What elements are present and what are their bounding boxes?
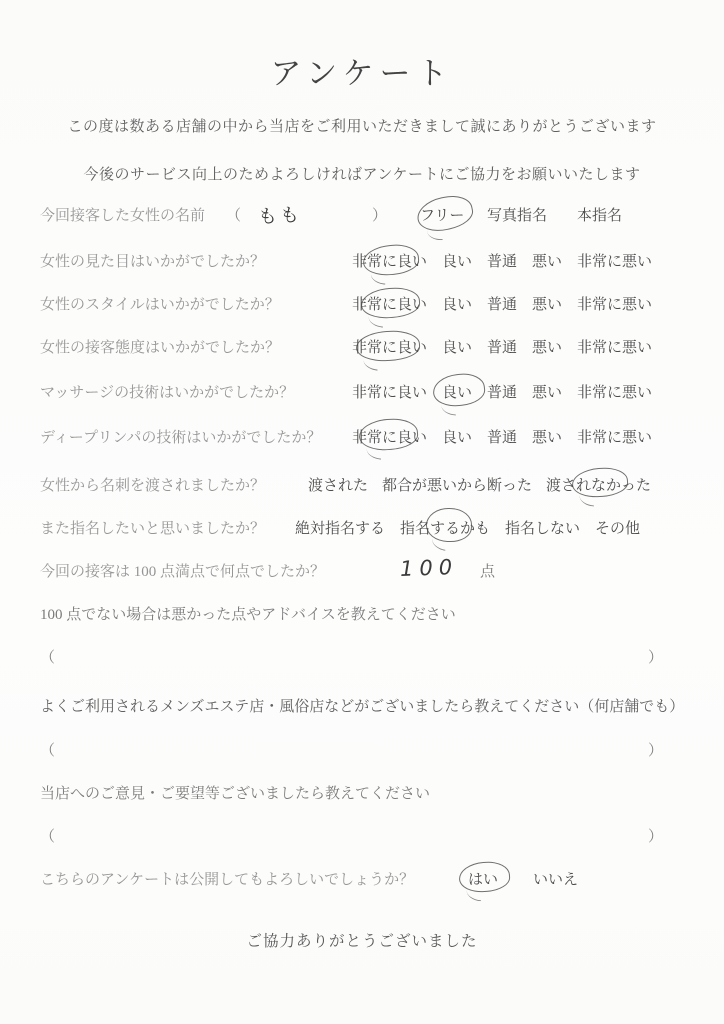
advice-close-paren: ） bbox=[648, 646, 663, 667]
shops-question-label: よくご利用されるメンズエステ店・風俗店などがございましたら教えてください（何店舗… bbox=[40, 695, 684, 716]
card-option-not-received: 渡されなかった bbox=[546, 474, 651, 495]
rating-option-normal: 普通 bbox=[487, 293, 517, 314]
rating-option-good: 良い bbox=[442, 381, 472, 402]
repeat-option-other: その他 bbox=[595, 517, 640, 538]
rating-option-bad: 悪い bbox=[532, 336, 562, 357]
rating-option-bad: 悪い bbox=[532, 250, 562, 271]
repeat-question-label: また指名したいと思いましたか？ bbox=[40, 517, 265, 538]
intro-line-1: この度は数ある店舗の中から当店をご利用いただきまして誠にありがとうございます bbox=[0, 115, 724, 136]
shops-question-row: よくご利用されるメンズエステ店・風俗店などがございましたら教えてください（何店舗… bbox=[0, 695, 724, 719]
advice-question-label: 100 点でない場合は悪かった点やアドバイスを教えてください bbox=[40, 603, 456, 624]
rating-label-looks: 女性の見た目はいかがでしたか？ bbox=[40, 250, 265, 271]
opinion-open-paren: （ bbox=[40, 825, 55, 846]
publish-option-no: いいえ bbox=[533, 868, 578, 889]
score-question-row: 今回の接客は 100 点満点で何点でしたか？ 100 点 bbox=[0, 560, 724, 584]
repeat-option-definitely: 絶対指名する bbox=[295, 517, 385, 538]
shops-open-paren: （ bbox=[40, 739, 55, 760]
card-option-declined: 都合が悪いから断った bbox=[382, 474, 532, 495]
rating-option-good: 良い bbox=[442, 426, 472, 447]
rating-option-very-bad: 非常に悪い bbox=[577, 426, 652, 447]
option-photo-shimei: 写真指名 bbox=[487, 204, 547, 225]
rating-option-good: 良い bbox=[442, 250, 472, 271]
rating-option-normal: 普通 bbox=[487, 336, 517, 357]
rating-option-very-good: 非常に良い bbox=[352, 426, 427, 447]
option-hon-shimei: 本指名 bbox=[577, 204, 622, 225]
publish-question-row: こちらのアンケートは公開してもよろしいでしょうか？ はい いいえ bbox=[0, 868, 724, 892]
opinion-question-row: 当店へのご意見・ご要望等ございましたら教えてください bbox=[0, 782, 724, 806]
footer-thanks: ご協力ありがとうございました bbox=[0, 929, 724, 951]
rating-row-style: 女性のスタイルはいかがでしたか？ 非常に良い 良い 普通 悪い 非常に悪い bbox=[0, 293, 724, 317]
opinion-question-label: 当店へのご意見・ご要望等ございましたら教えてください bbox=[40, 782, 430, 803]
rating-option-very-bad: 非常に悪い bbox=[577, 293, 652, 314]
opinion-close-paren: ） bbox=[648, 825, 663, 846]
option-free: フリー bbox=[420, 204, 464, 225]
repeat-question-row: また指名したいと思いましたか？ 絶対指名する 指名するかも 指名しない その他 bbox=[0, 517, 724, 541]
questionnaire-sheet: アンケート この度は数ある店舗の中から当店をご利用いただきまして誠にありがとうご… bbox=[0, 0, 724, 1024]
rating-option-very-good: 非常に良い bbox=[352, 250, 427, 271]
advice-question-row: 100 点でない場合は悪かった点やアドバイスを教えてください bbox=[0, 603, 724, 627]
intro-line-2: 今後のサービス向上のためよろしければアンケートにご協力をお願いいたします bbox=[0, 163, 724, 184]
rating-row-massage: マッサージの技術はいかがでしたか？ 非常に良い 良い 普通 悪い 非常に悪い bbox=[0, 381, 724, 405]
name-open-paren: （ bbox=[226, 204, 241, 225]
rating-option-very-bad: 非常に悪い bbox=[577, 336, 652, 357]
rating-option-very-good: 非常に良い bbox=[352, 381, 427, 402]
rating-label-deep-lymph: ディープリンパの技術はいかがでしたか？ bbox=[40, 426, 321, 447]
repeat-option-maybe: 指名するかも bbox=[400, 517, 490, 538]
rating-option-normal: 普通 bbox=[487, 250, 517, 271]
rating-option-very-good: 非常に良い bbox=[352, 336, 427, 357]
name-question-row: 今回接客した女性の名前 （ もも ） フリー 写真指名 本指名 bbox=[0, 204, 724, 228]
advice-open-paren: （ bbox=[40, 646, 55, 667]
card-question-label: 女性から名刺を渡されましたか？ bbox=[40, 474, 265, 495]
rating-row-attitude: 女性の接客態度はいかがでしたか？ 非常に良い 良い 普通 悪い 非常に悪い bbox=[0, 336, 724, 360]
rating-option-very-good: 非常に良い bbox=[352, 293, 427, 314]
rating-option-bad: 悪い bbox=[532, 293, 562, 314]
rating-label-attitude: 女性の接客態度はいかがでしたか？ bbox=[40, 336, 280, 357]
publish-question-label: こちらのアンケートは公開してもよろしいでしょうか？ bbox=[40, 868, 414, 889]
rating-option-very-bad: 非常に悪い bbox=[577, 250, 652, 271]
advice-answer-line: （ ） bbox=[0, 646, 724, 670]
score-unit: 点 bbox=[480, 560, 495, 581]
rating-option-good: 良い bbox=[442, 336, 472, 357]
rating-label-style: 女性のスタイルはいかがでしたか？ bbox=[40, 293, 280, 314]
name-close-paren: ） bbox=[372, 204, 387, 225]
score-question-label: 今回の接客は 100 点満点で何点でしたか？ bbox=[40, 560, 325, 581]
page-title: アンケート bbox=[0, 48, 724, 93]
rating-option-bad: 悪い bbox=[532, 381, 562, 402]
handwritten-score: 100 bbox=[400, 555, 459, 581]
card-question-row: 女性から名刺を渡されましたか？ 渡された 都合が悪いから断った 渡されなかった bbox=[0, 474, 724, 498]
rating-row-deep-lymph: ディープリンパの技術はいかがでしたか？ 非常に良い 良い 普通 悪い 非常に悪い bbox=[0, 426, 724, 450]
rating-option-bad: 悪い bbox=[532, 426, 562, 447]
rating-option-normal: 普通 bbox=[487, 426, 517, 447]
card-option-received: 渡された bbox=[308, 474, 368, 495]
shops-close-paren: ） bbox=[648, 739, 663, 760]
rating-row-looks: 女性の見た目はいかがでしたか？ 非常に良い 良い 普通 悪い 非常に悪い bbox=[0, 250, 724, 274]
rating-option-good: 良い bbox=[442, 293, 472, 314]
rating-option-very-bad: 非常に悪い bbox=[577, 381, 652, 402]
shops-answer-line: （ ） bbox=[0, 739, 724, 763]
opinion-answer-line: （ ） bbox=[0, 825, 724, 849]
name-question-label: 今回接客した女性の名前 bbox=[40, 204, 205, 225]
rating-option-normal: 普通 bbox=[487, 381, 517, 402]
repeat-option-no: 指名しない bbox=[505, 517, 580, 538]
rating-label-massage: マッサージの技術はいかがでしたか？ bbox=[40, 381, 294, 402]
handwritten-name: もも bbox=[257, 200, 302, 229]
publish-option-yes: はい bbox=[468, 868, 498, 889]
